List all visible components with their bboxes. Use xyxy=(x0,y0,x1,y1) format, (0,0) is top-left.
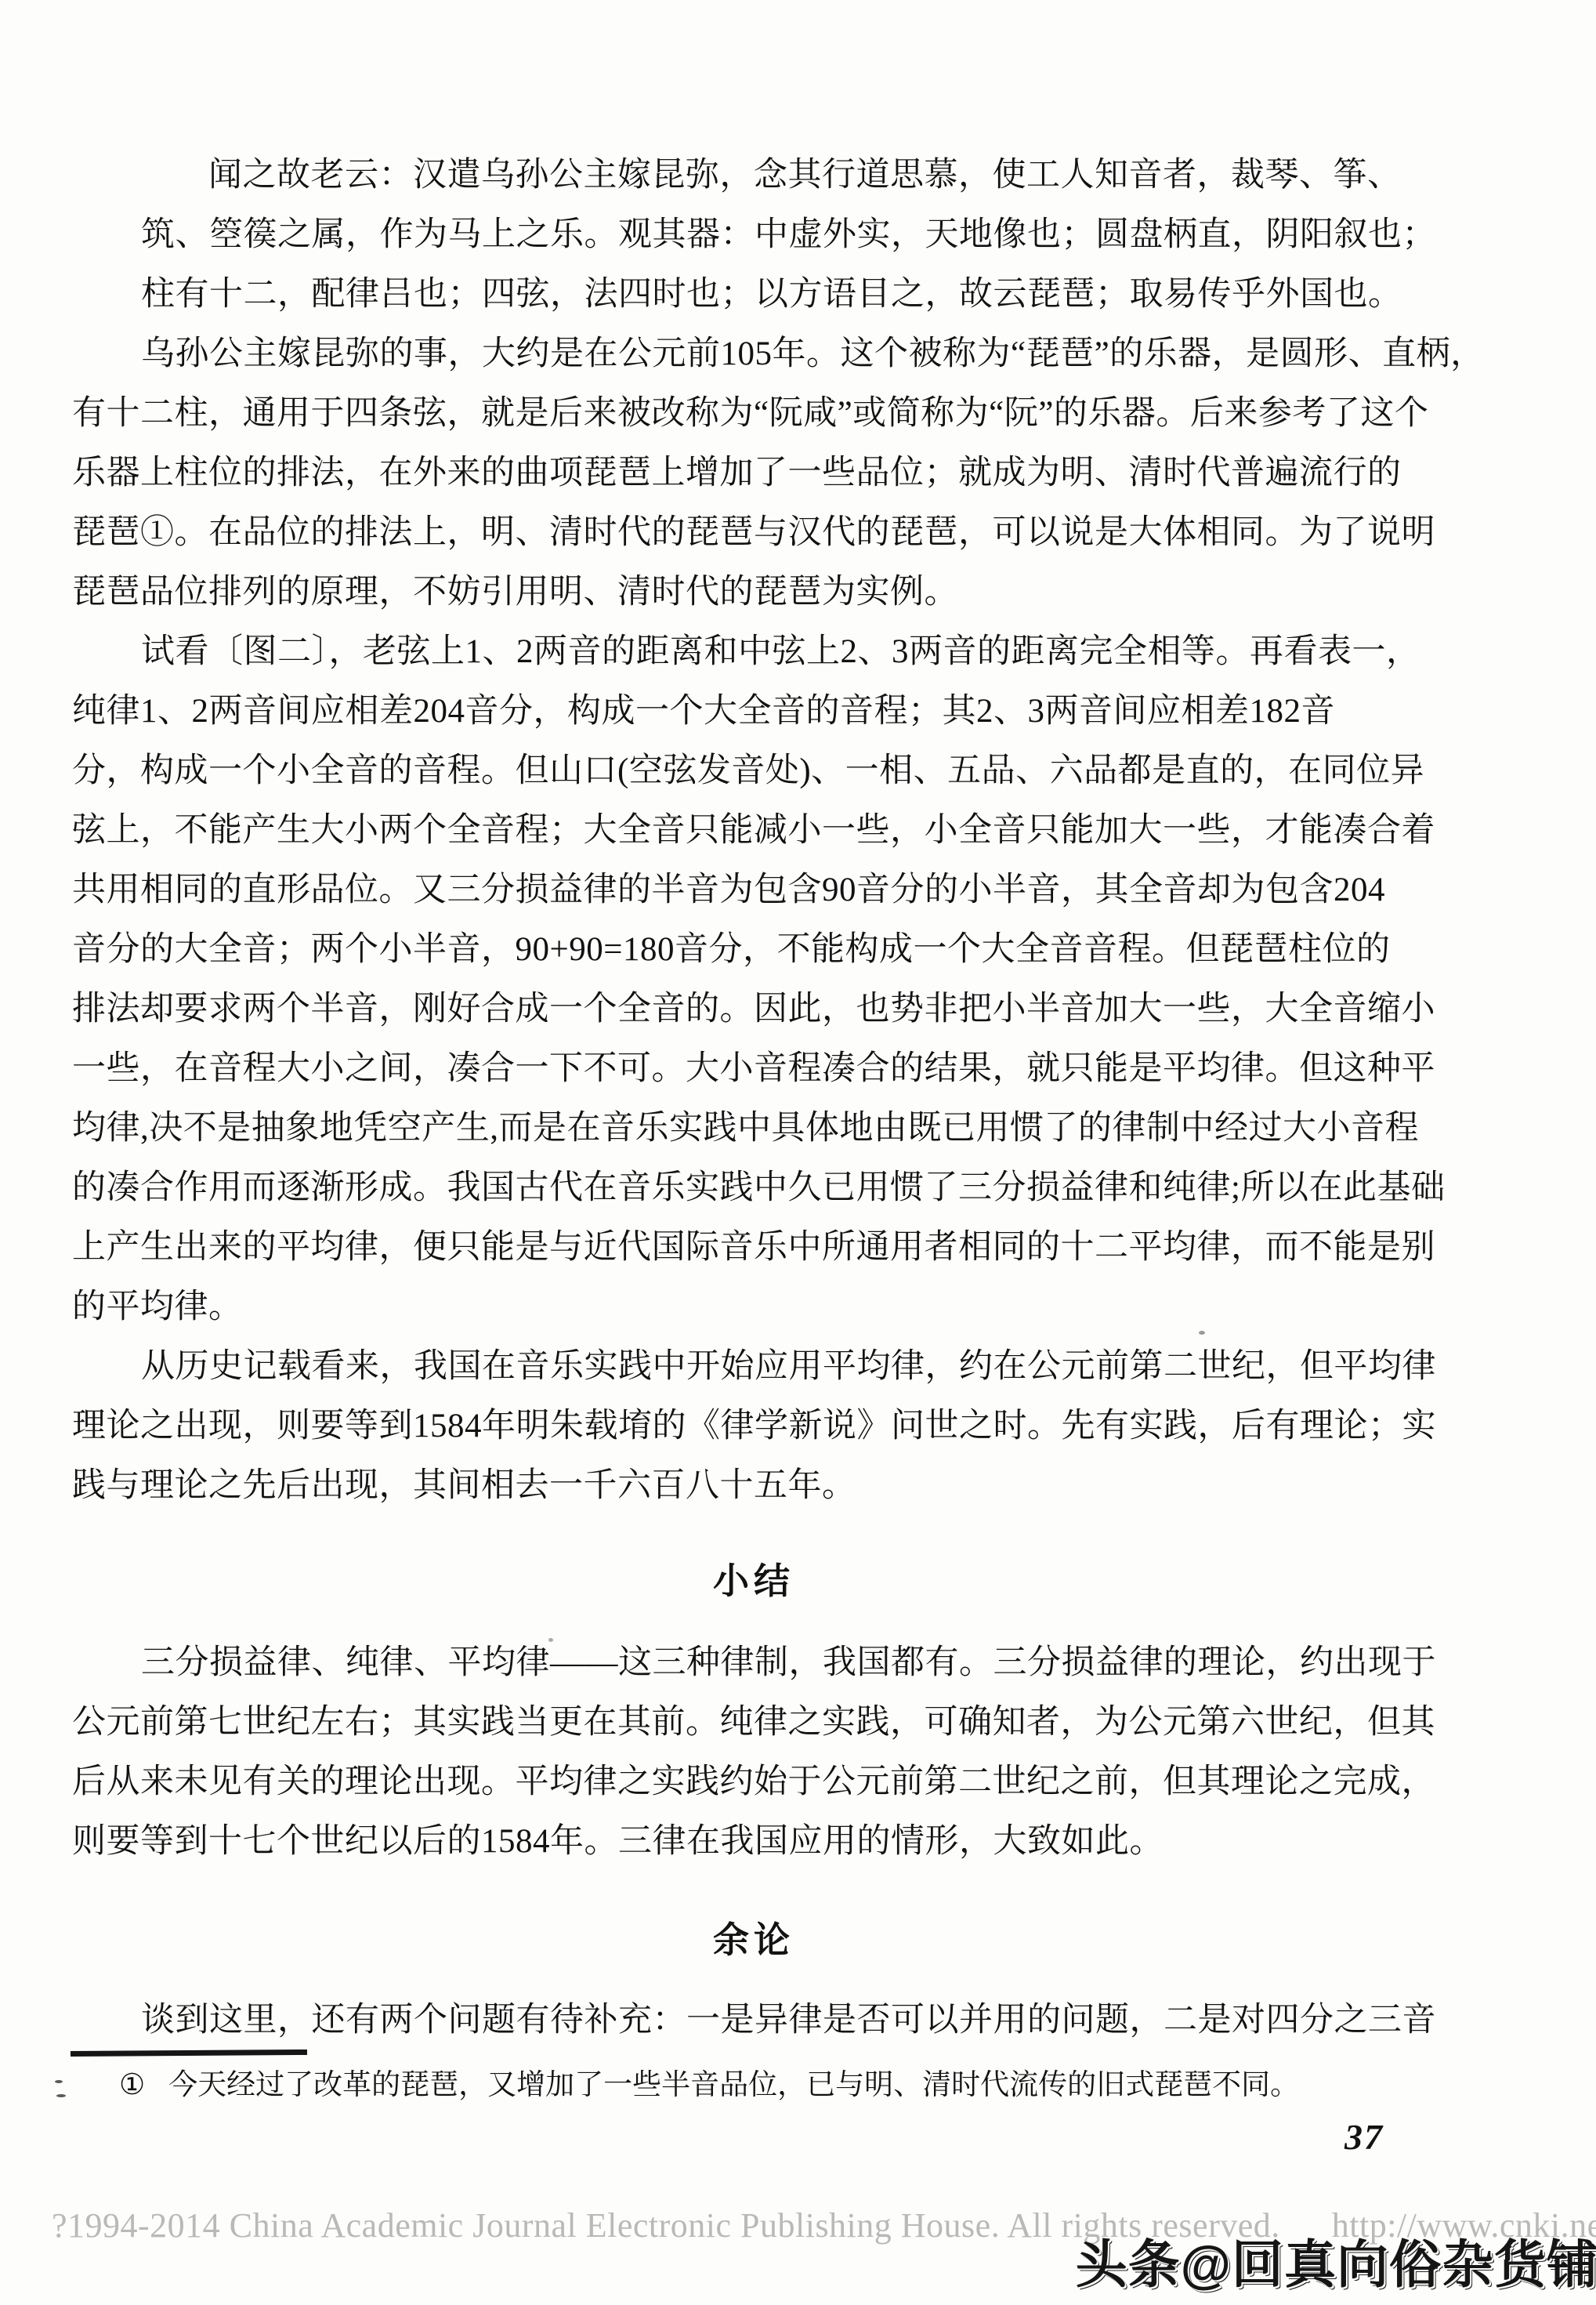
body-line: 排法却要求两个半音，刚好合成一个全音的。因此，也势非把小半音加大一些，大全音缩小 xyxy=(72,980,1545,1039)
body-line: 一些，在音程大小之间，凑合一下不可。大小音程凑合的结果，就只能是平均律。但这种平 xyxy=(72,1039,1545,1099)
body-line: 分，构成一个小全音的音程。但山口(空弦发音处)、一相、五品、六品都是直的，在同位… xyxy=(72,741,1545,801)
scan-speck xyxy=(1199,1331,1205,1335)
body-line: 的平均律。 xyxy=(72,1278,1545,1337)
body-line: 三分损益律、纯律、平均律——这三种律制，我国都有。三分损益律的理论，约出现于 xyxy=(72,1633,1545,1693)
body-line: 上产生出来的平均律，便只能是与近代国际音乐中所通用者相同的十二平均律，而不能是别 xyxy=(72,1218,1545,1278)
footnote-marker: ① xyxy=(119,2069,145,2101)
body-line: 弦上，不能产生大小两个全音程；大全音只能减小一些，小全音只能加大一些，才能凑合着 xyxy=(72,801,1545,861)
body-line: 谈到这里，还有两个问题有待补充：一是异律是否可以并用的问题，二是对四分之三音 xyxy=(72,1991,1545,2050)
body-line: 的凑合作用而逐渐形成。我国古代在音乐实践中久已用惯了三分损益律和纯律;所以在此基… xyxy=(72,1158,1545,1218)
article-text-block: 闻之故老云：汉遣乌孙公主嫁昆弥，念其行道思慕，使工人知音者，裁琴、筝、 筑、箜篌… xyxy=(72,146,1545,2050)
body-line: 践与理论之先后出现，其间相去一千六百八十五年。 xyxy=(72,1456,1545,1516)
body-line: 乌孙公主嫁昆弥的事，大约是在公元前105年。这个被称为“琵琶”的乐器，是圆形、直… xyxy=(72,324,1545,384)
section-heading-summary: 小结 xyxy=(72,1552,1545,1611)
scan-speck xyxy=(55,2080,63,2083)
section-heading-addendum: 余论 xyxy=(72,1911,1545,1970)
body-line: 音分的大全音；两个小半音，90+90=180音分，不能构成一个大全音音程。但琵琶… xyxy=(72,920,1545,980)
body-line: 后从来未见有关的理论出现。平均律之实践约始于公元前第二世纪之前，但其理论之完成， xyxy=(72,1752,1545,1812)
body-line: 琵琶①。在品位的排法上，明、清时代的琵琶与汉代的琵琶，可以说是大体相同。为了说明 xyxy=(72,503,1545,563)
body-line: 琵琶品位排列的原理，不妨引用明、清时代的琵琶为实例。 xyxy=(72,563,1545,622)
body-line: 则要等到十七个世纪以后的1584年。三律在我国应用的情形，大致如此。 xyxy=(72,1812,1545,1872)
body-line: 试看〔图二〕，老弦上1、2两音的距离和中弦上2、3两音的距离完全相等。再看表一， xyxy=(72,622,1545,682)
quote-line: 闻之故老云：汉遣乌孙公主嫁昆弥，念其行道思慕，使工人知音者，裁琴、筝、 xyxy=(72,146,1545,205)
body-line: 均律,决不是抽象地凭空产生,而是在音乐实践中具体地由既已用惯了的律制中经过大小音… xyxy=(72,1099,1545,1158)
body-line: 从历史记载看来，我国在音乐实践中开始应用平均律，约在公元前第二世纪，但平均律 xyxy=(72,1337,1545,1397)
body-line: 公元前第七世纪左右；其实践当更在其前。纯律之实践，可确知者，为公元第六世纪，但其 xyxy=(72,1693,1545,1752)
body-line: 乐器上柱位的排法，在外来的曲项琵琶上增加了一些品位；就成为明、清时代普遍流行的 xyxy=(72,444,1545,503)
body-line: 理论之出现，则要等到1584年明朱载堉的《律学新说》问世之时。先有实践，后有理论… xyxy=(72,1397,1545,1456)
quote-line: 筑、箜篌之属，作为马上之乐。观其器：中虚外实，天地像也；圆盘柄直，阴阳叙也； xyxy=(72,205,1545,265)
page-number: 37 xyxy=(1344,2116,1384,2158)
scan-speck xyxy=(548,1638,553,1642)
toutiao-social-watermark: 头条@回真向俗杂货铺 xyxy=(1076,2223,1596,2297)
footnote: ①今天经过了改革的琵琶，又增加了一些半音品位，已与明、清时代流传的旧式琵琶不同。 xyxy=(119,2066,1299,2105)
body-line: 有十二柱，通用于四条弦，就是后来被改称为“阮咸”或简称为“阮”的乐器。后来参考了… xyxy=(72,384,1545,444)
body-line: 纯律1、2两音间应相差204音分，构成一个大全音的音程；其2、3两音间应相差18… xyxy=(72,682,1545,741)
scanned-document-page: 闻之故老云：汉遣乌孙公主嫁昆弥，念其行道思慕，使工人知音者，裁琴、筝、 筑、箜篌… xyxy=(0,0,1596,2305)
body-line: 共用相同的直形品位。又三分损益律的半音为包含90音分的小半音，其全音却为包含20… xyxy=(72,861,1545,920)
quote-line: 柱有十二，配律吕也；四弦，法四时也；以方语目之，故云琵琶；取易传乎外国也。 xyxy=(72,265,1545,324)
scan-speck xyxy=(56,2094,66,2097)
footnote-divider xyxy=(71,2049,307,2057)
footnote-text: 今天经过了改革的琵琶，又增加了一些半音品位，已与明、清时代流传的旧式琵琶不同。 xyxy=(168,2069,1299,2101)
